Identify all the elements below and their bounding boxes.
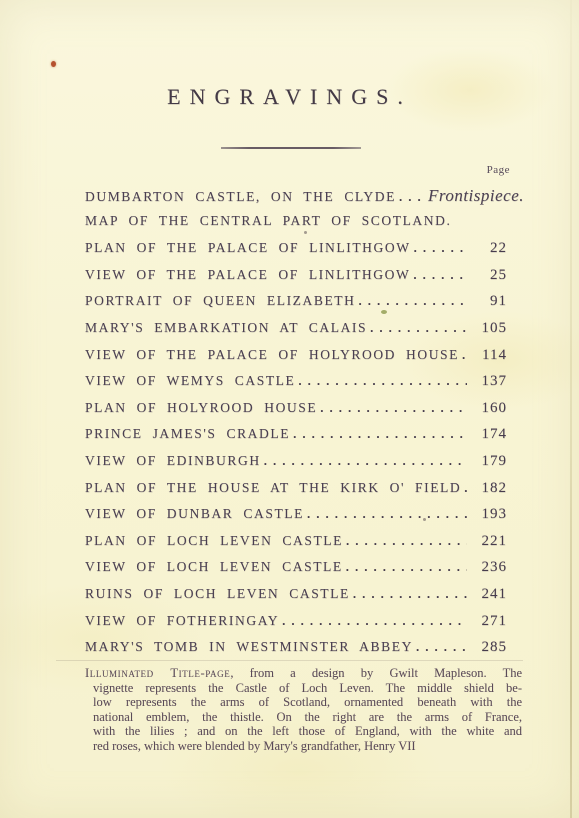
engraving-page-number: 91 — [473, 293, 507, 310]
engraving-title: VIEW OF THE PALACE OF HOLYROOD HOUSE — [85, 347, 459, 363]
engraving-page-number: 114 — [473, 347, 507, 364]
engraving-entry: PORTRAIT OF QUEEN ELIZABETH 91 — [85, 292, 507, 319]
dot-leader — [359, 292, 467, 310]
dot-leader — [399, 188, 422, 206]
title-rule — [221, 147, 361, 149]
dot-leader — [416, 638, 467, 656]
engraving-page-number: Frontispiece. — [428, 186, 524, 206]
engraving-entry: MARY'S EMBARKATION AT CALAIS 105 — [85, 319, 507, 346]
dot-leader — [370, 319, 467, 337]
engraving-page-number: 285 — [473, 639, 507, 656]
engraving-page-number: 236 — [473, 559, 507, 576]
dot-leader — [346, 532, 467, 550]
engraving-page-number: 160 — [473, 400, 507, 417]
engraving-entry: VIEW OF WEMYS CASTLE 137 — [85, 372, 507, 399]
engraving-title: MARY'S TOMB IN WESTMINSTER ABBEY — [85, 639, 413, 655]
footnote-line: vignette represents the Castle of Loch L… — [93, 681, 522, 696]
engraving-page-number: 137 — [473, 373, 507, 390]
engraving-entry: VIEW OF FOTHERINGAY 271 — [85, 612, 507, 639]
engraving-entry: PRINCE JAMES'S CRADLE 174 — [85, 425, 507, 452]
dot-leader — [464, 479, 467, 497]
page-edge-shadow — [570, 0, 572, 818]
engraving-entry: VIEW OF EDINBURGH 179 — [85, 452, 507, 479]
engraving-page-number: 174 — [473, 426, 507, 443]
engraving-entry: PLAN OF THE HOUSE AT THE KIRK O' FIELD 1… — [85, 479, 507, 506]
footnote-line: Illuminated Title-page, from a design by… — [85, 666, 522, 681]
engraving-page-number: 182 — [473, 480, 507, 497]
engravings-list: DUMBARTON CASTLE, ON THE CLYDE Frontispi… — [85, 186, 507, 665]
dot-leader — [307, 505, 467, 523]
engraving-title: PORTRAIT OF QUEEN ELIZABETH — [85, 293, 356, 309]
engraving-title: VIEW OF THE PALACE OF LINLITHGOW — [85, 267, 410, 283]
engraving-page-number: 193 — [473, 506, 507, 523]
dot-leader — [282, 612, 467, 630]
engraving-entry: RUINS OF LOCH LEVEN CASTLE 241 — [85, 585, 507, 612]
scan-speck-red — [51, 61, 56, 67]
page-column-header: Page — [487, 164, 510, 176]
book-page: ENGRAVINGS. Page DUMBARTON CASTLE, ON TH… — [0, 0, 579, 818]
engraving-entry: DUMBARTON CASTLE, ON THE CLYDE Frontispi… — [85, 186, 507, 213]
footnote-line: with the lilies ; and on the left those … — [93, 724, 522, 739]
dot-leader — [320, 399, 467, 417]
engraving-title: DUMBARTON CASTLE, ON THE CLYDE — [85, 189, 396, 205]
engraving-page-number: 241 — [473, 586, 507, 603]
engraving-title: RUINS OF LOCH LEVEN CASTLE — [85, 586, 350, 602]
dot-leader — [414, 239, 467, 257]
engraving-entry: PLAN OF THE PALACE OF LINLITHGOW 22 — [85, 239, 507, 266]
dot-leader — [462, 346, 467, 364]
engraving-title: VIEW OF DUNBAR CASTLE — [85, 506, 304, 522]
engraving-entry: VIEW OF LOCH LEVEN CASTLE 236 — [85, 558, 507, 585]
dot-leader — [293, 425, 467, 443]
engraving-page-number: 179 — [473, 453, 507, 470]
engraving-title: VIEW OF EDINBURGH — [85, 453, 261, 469]
footnote-line: red roses, which were blended by Mary's … — [93, 739, 522, 754]
dot-leader — [413, 266, 467, 284]
footnote-line: low represents the arms of Scotland, orn… — [93, 695, 522, 710]
engraving-title: PLAN OF THE HOUSE AT THE KIRK O' FIELD — [85, 480, 461, 496]
engraving-title: MAP OF THE CENTRAL PART OF SCOTLAND. — [85, 213, 451, 229]
footnote-line: national emblem, the thistle. On the rig… — [93, 710, 522, 725]
engraving-entry: VIEW OF THE PALACE OF LINLITHGOW 25 — [85, 266, 507, 293]
engraving-entry: VIEW OF DUNBAR CASTLE 193 — [85, 505, 507, 532]
engraving-title: VIEW OF WEMYS CASTLE — [85, 373, 295, 389]
engraving-entry: PLAN OF LOCH LEVEN CASTLE 221 — [85, 532, 507, 559]
engraving-page-number: 22 — [473, 240, 507, 257]
engraving-entry: PLAN OF HOLYROOD HOUSE 160 — [85, 399, 507, 426]
footnote-separator — [56, 660, 523, 661]
engraving-entry: VIEW OF THE PALACE OF HOLYROOD HOUSE 114 — [85, 346, 507, 373]
dot-leader — [298, 372, 467, 390]
page-title: ENGRAVINGS. — [0, 84, 579, 110]
footnote-lead: Illuminated Title-page — [85, 666, 230, 680]
engraving-page-number: 221 — [473, 533, 507, 550]
footnote-line-rest: , from a design by Gwilt Mapleson. The — [230, 666, 522, 680]
engraving-title: VIEW OF FOTHERINGAY — [85, 613, 279, 629]
engraving-page-number: 105 — [473, 320, 507, 337]
engraving-page-number: 25 — [473, 267, 507, 284]
engraving-title: VIEW OF LOCH LEVEN CASTLE — [85, 559, 343, 575]
engraving-title: PLAN OF HOLYROOD HOUSE — [85, 400, 317, 416]
engraving-title: PLAN OF THE PALACE OF LINLITHGOW — [85, 240, 411, 256]
engraving-entry: MAP OF THE CENTRAL PART OF SCOTLAND. — [85, 213, 507, 240]
engraving-title: PRINCE JAMES'S CRADLE — [85, 426, 290, 442]
engraving-title: PLAN OF LOCH LEVEN CASTLE — [85, 533, 343, 549]
dot-leader — [353, 585, 467, 603]
dot-leader — [346, 558, 467, 576]
footnote: Illuminated Title-page, from a design by… — [85, 666, 522, 753]
engraving-page-number: 271 — [473, 613, 507, 630]
dot-leader — [264, 452, 467, 470]
engraving-title: MARY'S EMBARKATION AT CALAIS — [85, 320, 367, 336]
